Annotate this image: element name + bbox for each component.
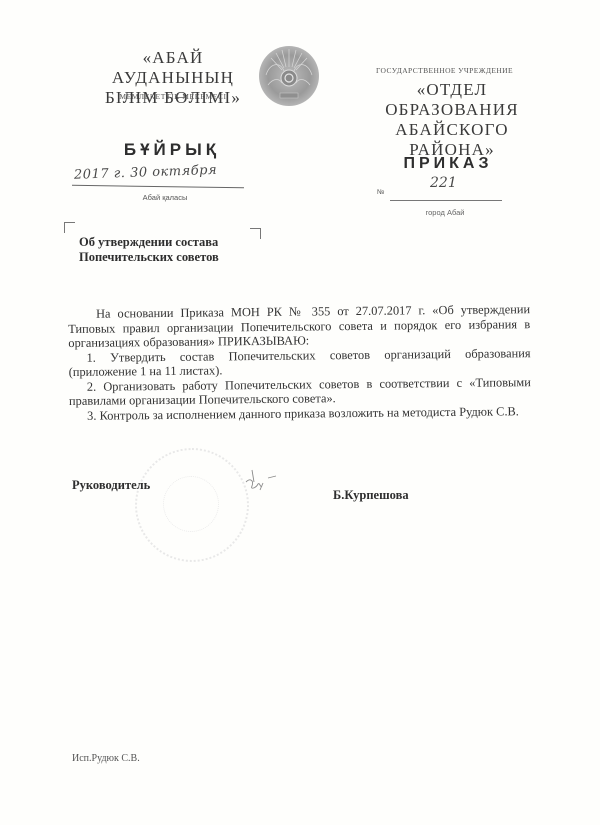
- signer-role: Руководитель: [72, 478, 150, 493]
- kz-title-line1: «АБАЙ АУДАНЫНЫҢ: [88, 48, 258, 88]
- handwritten-signature-icon: [240, 468, 280, 498]
- number-underline: [390, 200, 502, 201]
- executor-note: Исп.Рудюк С.В.: [72, 753, 140, 764]
- ru-organization-title: «ОТДЕЛ ОБРАЗОВАНИЯ АБАЙСКОГО РАЙОНА»: [352, 80, 552, 160]
- order-body: На основании Приказа МОН РК № 355 от 27.…: [68, 302, 531, 423]
- ru-city: город Абай: [400, 208, 490, 217]
- faded-stamp-inner: [163, 476, 219, 532]
- number-label: №: [377, 189, 385, 196]
- kz-city: Абай қаласы: [120, 193, 210, 202]
- subject-line1: Об утверждении состава: [79, 235, 279, 250]
- kz-organization-type: МЕМЛЕКЕТТІК МЕКЕМЕСІ: [88, 92, 258, 101]
- signer-name: Б.Курпешова: [333, 488, 409, 503]
- kz-order-heading: БҰЙРЫҚ: [112, 140, 232, 160]
- ru-title-line2: АБАЙСКОГО РАЙОНА»: [352, 120, 552, 160]
- subject-corner-top-left: [64, 222, 75, 233]
- subject-line2: Попечительских советов: [79, 250, 279, 265]
- ru-order-heading: ПРИКАЗ: [398, 155, 498, 173]
- preamble: На основании Приказа МОН РК № 355 от 27.…: [68, 302, 530, 350]
- state-emblem-icon: [258, 45, 320, 107]
- ru-title-line1: «ОТДЕЛ ОБРАЗОВАНИЯ: [352, 80, 552, 120]
- handwritten-order-number: 221: [430, 175, 490, 191]
- ru-organization-type: ГОСУДАРСТВЕННОЕ УЧРЕЖДЕНИЕ: [376, 66, 526, 75]
- order-subject: Об утверждении состава Попечительских со…: [79, 235, 279, 265]
- date-underline: [72, 185, 244, 188]
- handwritten-date: 2017 г. 30 октября: [74, 162, 234, 183]
